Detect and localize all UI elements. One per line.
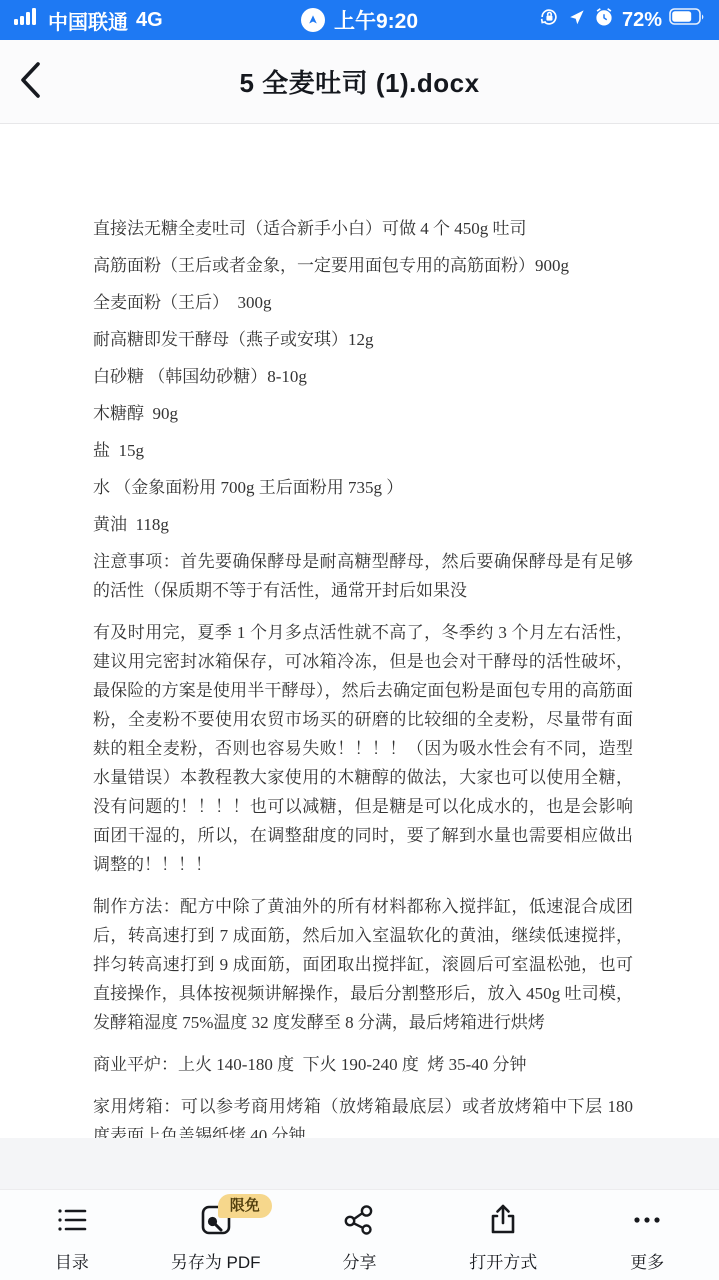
table-of-contents-icon [55, 1203, 89, 1240]
status-bar: 中国联通 4G 上午9:20 [0, 0, 719, 40]
network-label: 4G [136, 9, 163, 32]
more-dots-icon [630, 1203, 664, 1240]
doc-line: 水 （金象面粉用 700g 王后面粉用 735g ） [93, 473, 633, 502]
chevron-left-icon [18, 60, 44, 103]
toolbar-label-open-with: 打开方式 [469, 1248, 537, 1273]
toolbar-label-contents: 目录 [55, 1248, 89, 1273]
toolbar-item-open-with[interactable]: 打开方式 [431, 1190, 575, 1280]
orientation-lock-icon [538, 6, 560, 34]
location-arrow-icon [567, 8, 586, 33]
back-button[interactable] [18, 40, 78, 123]
toolbar-label-more: 更多 [630, 1248, 664, 1273]
toolbar-item-more[interactable]: 更多 [575, 1190, 719, 1280]
doc-line: 耐高糖即发干酵母（燕子或安琪）12g [93, 325, 633, 354]
doc-line: 全麦面粉（王后） 300g [93, 288, 633, 317]
doc-paragraph: 商业平炉：上火 140-180 度 下火 190-240 度 烤 35-40 分… [93, 1050, 633, 1079]
toolbar-item-share[interactable]: 分享 [288, 1190, 432, 1280]
limited-free-badge: 限免 [218, 1194, 272, 1218]
alarm-clock-icon [593, 6, 615, 34]
screen: 中国联通 4G 上午9:20 [0, 0, 719, 1280]
doc-line: 黄油 118g [93, 510, 633, 539]
doc-line: 高筋面粉（王后或者金象，一定要用面包专用的高筋面粉）900g [93, 251, 633, 280]
bottom-toolbar: 目录 限免 另存为 PDF [0, 1189, 719, 1280]
navigation-active-icon [301, 8, 325, 32]
battery-icon [669, 8, 705, 32]
doc-line: 直接法无糖全麦吐司（适合新手小白）可做 4 个 450g 吐司 [93, 214, 633, 243]
toolbar-item-contents[interactable]: 目录 [0, 1190, 144, 1280]
toolbar-label-save-as-pdf: 另存为 PDF [171, 1248, 261, 1273]
toolbar-item-save-as-pdf[interactable]: 限免 另存为 PDF [144, 1190, 288, 1280]
toolbar-label-share: 分享 [342, 1248, 376, 1273]
carrier-label: 中国联通 [48, 6, 128, 35]
clock-label: 上午9:20 [334, 5, 418, 35]
doc-line: 木糖醇 90g [93, 399, 633, 428]
signal-bars-icon [14, 8, 40, 32]
document-page[interactable]: 直接法无糖全麦吐司（适合新手小白）可做 4 个 450g 吐司 高筋面粉（王后或… [0, 124, 719, 1138]
document-title: 5 全麦吐司 (1).docx [0, 63, 719, 100]
share-nodes-icon [342, 1203, 376, 1240]
battery-percent-label: 72% [622, 9, 662, 32]
document-viewport: 直接法无糖全麦吐司（适合新手小白）可做 4 个 450g 吐司 高筋面粉（王后或… [0, 124, 719, 1189]
doc-line: 白砂糖 （韩国幼砂糖）8-10g [93, 362, 633, 391]
doc-paragraph: 有及时用完，夏季 1 个月多点活性就不高了，冬季约 3 个月左右活性，建议用完密… [93, 618, 633, 879]
open-with-icon [486, 1203, 520, 1240]
page-gap [0, 1138, 719, 1189]
doc-paragraph: 注意事项：首先要确保酵母是耐高糖型酵母，然后要确保酵母是有足够的活性（保质期不等… [93, 547, 633, 605]
nav-bar: 5 全麦吐司 (1).docx [0, 40, 719, 124]
doc-paragraph: 制作方法：配方中除了黄油外的所有材料都称入搅拌缸，低速混合成团后，转高速打到 7… [93, 892, 633, 1037]
doc-line: 盐 15g [93, 436, 633, 465]
doc-paragraph: 家用烤箱：可以参考商用烤箱（放烤箱最底层）或者放烤箱中下层 180 度表面上色盖… [93, 1092, 633, 1138]
